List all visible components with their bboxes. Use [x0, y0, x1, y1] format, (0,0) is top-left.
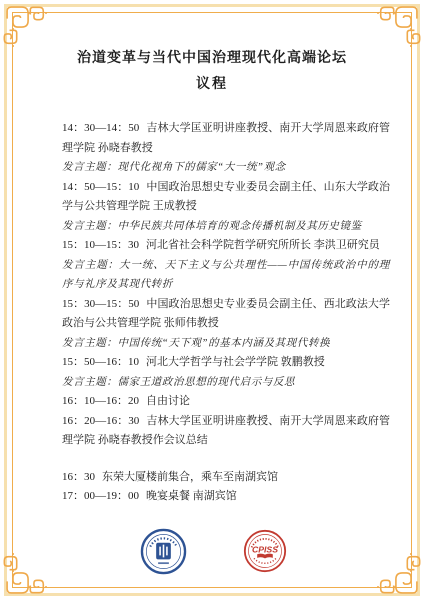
agenda-item: 15：10—15：30河北省社会科学院哲学研究所所长 李洪卫研究员: [62, 236, 390, 256]
agenda-list: 14：30—14：50吉林大学匡亚明讲座教授、南开大学周恩来政府管理学院 孙晓春…: [62, 119, 390, 575]
agenda-time: 14：30—14：50: [62, 122, 139, 134]
agenda-item: 14：30—14：50吉林大学匡亚明讲座教授、南开大学周恩来政府管理学院 孙晓春…: [62, 119, 390, 158]
agenda-item: 16：20—16：30吉林大学匡亚明讲座教授、南开大学周恩来政府管理学院 孙晓春…: [62, 412, 390, 451]
agenda-time: 15：30—15：50: [62, 298, 139, 310]
agenda-item: 14：50—15：10中国政治思想史专业委员会副主任、山东大学政治学与公共管理学…: [62, 178, 390, 217]
blue-institute-seal-logo-icon: [140, 528, 187, 575]
page-title: 治道变革与当代中国治理现代化高端论坛: [0, 50, 424, 68]
page-subtitle: 议程: [0, 76, 424, 94]
speech-topic: 发言主题：大一统、天下主义与公共理性——中国传统政治中的理序与礼序及其现代转折: [62, 256, 390, 295]
logistics-text: 晚宴桌餐 南湖宾馆: [146, 490, 237, 502]
association-logo-text: CPISS: [251, 544, 277, 554]
speech-topic: 发言主题：中国传统“天下观”的基本内涵及其现代转换: [62, 334, 390, 354]
page-content: 治道变革与当代中国治理现代化高端论坛 议程 14：30—14：50吉林大学匡亚明…: [0, 0, 424, 600]
agenda-time: 16：10—16：20: [62, 395, 139, 407]
agenda-time: 15：50—16：10: [62, 356, 139, 368]
agenda-time: 14：50—15：10: [62, 181, 139, 193]
agenda-text: 自由讨论: [146, 395, 190, 407]
speech-topic: 发言主题：儒家王道政治思想的现代启示与反思: [62, 373, 390, 393]
speech-topic: 发言主题：现代化视角下的儒家“大一统”观念: [62, 158, 390, 178]
agenda-text: 河北大学哲学与社会学学院 敦鹏教授: [146, 356, 325, 368]
logistics-item: 17：00—19：00晚宴桌餐 南湖宾馆: [62, 487, 390, 507]
logistics-item: 16：30东荣大厦楼前集合，乘车至南湖宾馆: [62, 468, 390, 488]
logistics-time: 17：00—19：00: [62, 490, 139, 502]
agenda-text: 河北省社会科学院哲学研究所所长 李洪卫研究员: [146, 239, 380, 251]
logistics-list: 16：30东荣大厦楼前集合，乘车至南湖宾馆 17：00—19：00晚宴桌餐 南湖…: [62, 468, 390, 507]
agenda-item: 15：30—15：50中国政治思想史专业委员会副主任、西北政法大学政治与公共管理…: [62, 295, 390, 334]
agenda-time: 15：10—15：30: [62, 239, 139, 251]
red-association-logo-icon: CPISS: [243, 529, 287, 573]
speech-topic: 发言主题：中华民族共同体培育的观念传播机制及其历史镜鉴: [62, 217, 390, 237]
footer-logos: CPISS: [49, 528, 377, 575]
agenda-item: 16：10—16：20自由讨论: [62, 392, 390, 412]
agenda-item: 15：50—16：10河北大学哲学与社会学学院 敦鹏教授: [62, 353, 390, 373]
agenda-time: 16：20—16：30: [62, 415, 139, 427]
agenda-page: 治道变革与当代中国治理现代化高端论坛 议程 14：30—14：50吉林大学匡亚明…: [0, 0, 424, 600]
logistics-time: 16：30: [62, 471, 95, 483]
logistics-text: 东荣大厦楼前集合，乘车至南湖宾馆: [102, 471, 278, 483]
